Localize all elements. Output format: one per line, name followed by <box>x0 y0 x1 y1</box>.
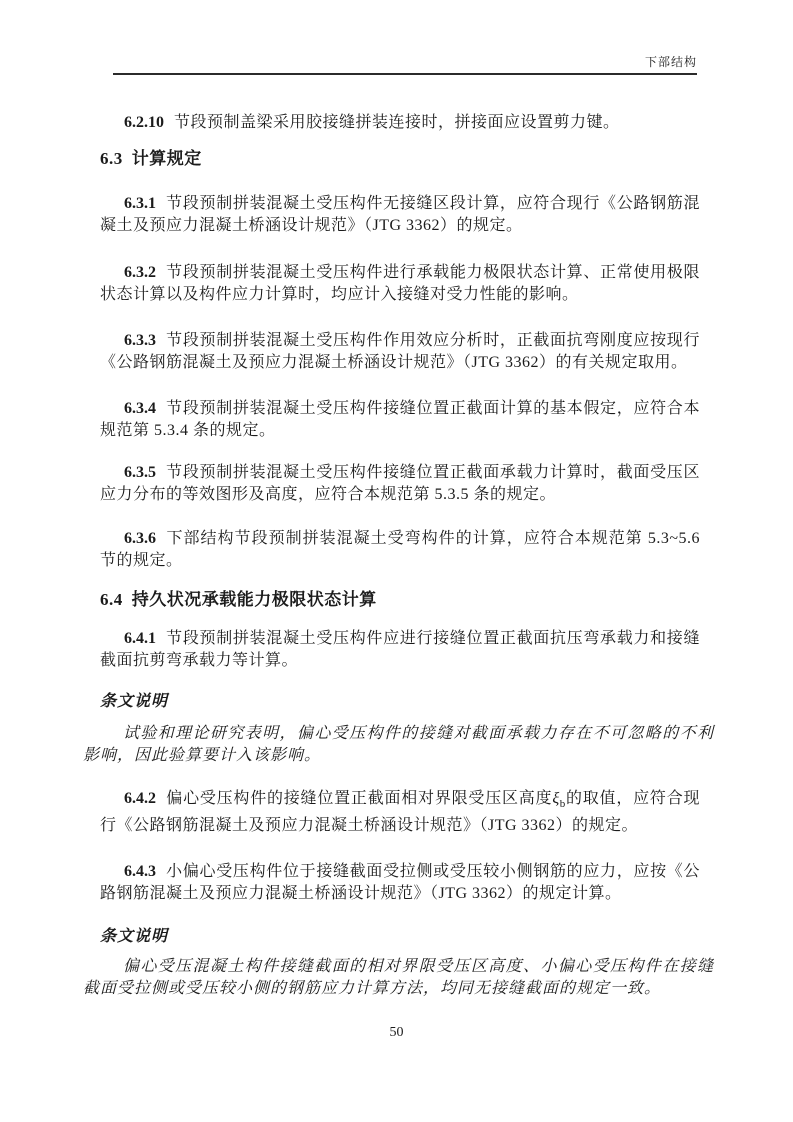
xi-symbol: ξ <box>552 790 559 807</box>
section-6-3-number: 6.3 <box>100 149 123 168</box>
clause-6-4-2-number: 6.4.2 <box>124 790 156 807</box>
clause-6-3-4-text: 节段预制拼装混凝土受压构件接缝位置正截面计算的基本假定，应符合本规范第 5.3.… <box>100 400 700 439</box>
commentary-text-1: 试验和理论研究表明，偏心受压构件的接缝对截面承载力存在不可忽略的不利影响，因此验… <box>83 723 714 767</box>
clause-6-4-1-number: 6.4.1 <box>124 630 156 647</box>
clause-6-4-3: 6.4.3小偏心受压构件位于接缝截面受拉侧或受压较小侧钢筋的应力，应按《公路钢筋… <box>100 861 700 905</box>
document-page: 下部结构 6.2.10节段预制盖梁采用胶接缝拼装连接时，拼接面应设置剪力键。 6… <box>0 0 793 1122</box>
clause-6-3-5-number: 6.3.5 <box>124 464 156 481</box>
clause-6-3-2-text: 节段预制拼装混凝土受压构件进行承载能力极限状态计算、正常使用极限状态计算以及构件… <box>100 264 700 303</box>
section-6-4-number: 6.4 <box>100 590 123 609</box>
clause-6-3-2: 6.3.2节段预制拼装混凝土受压构件进行承载能力极限状态计算、正常使用极限状态计… <box>100 262 700 306</box>
section-heading-6-4: 6.4持久状况承载能力极限状态计算 <box>100 588 700 612</box>
clause-6-4-3-number: 6.4.3 <box>124 863 156 880</box>
clause-6-3-3: 6.3.3节段预制拼装混凝土受压构件作用效应分析时，正截面抗弯刚度应按现行《公路… <box>100 330 700 374</box>
clause-6-3-6-text: 下部结构节段预制拼装混凝土受弯构件的计算，应符合本规范第 5.3~5.6 节的规… <box>100 530 700 569</box>
clause-6-3-4-number: 6.3.4 <box>124 400 156 417</box>
commentary-label-2: 条文说明 <box>100 926 700 948</box>
section-heading-6-3: 6.3计算规定 <box>100 147 700 171</box>
clause-6-3-3-text: 节段预制拼装混凝土受压构件作用效应分析时，正截面抗弯刚度应按现行《公路钢筋混凝土… <box>100 332 700 371</box>
page-content: 6.2.10节段预制盖梁采用胶接缝拼装连接时，拼接面应设置剪力键。 6.3计算规… <box>100 0 700 1000</box>
commentary-text-2: 偏心受压混凝土构件接缝截面的相对界限受压区高度、小偏心受压构件在接缝截面受拉侧或… <box>83 956 714 1000</box>
clause-6-4-1: 6.4.1节段预制拼装混凝土受压构件应进行接缝位置正截面抗压弯承载力和接缝截面抗… <box>100 628 700 672</box>
clause-6-4-2: 6.4.2偏心受压构件的接缝位置正截面相对界限受压区高度ξb的取值，应符合现行《… <box>100 788 700 837</box>
clause-6-3-1: 6.3.1节段预制拼装混凝土受压构件无接缝区段计算，应符合现行《公路钢筋混凝土及… <box>100 193 700 237</box>
clause-6-2-10-number: 6.2.10 <box>124 114 164 131</box>
clause-6-3-5: 6.3.5节段预制拼装混凝土受压构件接缝位置正截面承载力计算时，截面受压区应力分… <box>100 462 700 506</box>
clause-6-2-10-text: 节段预制盖梁采用胶接缝拼装连接时，拼接面应设置剪力键。 <box>174 114 620 131</box>
clause-6-3-6-number: 6.3.6 <box>124 530 156 547</box>
clause-6-3-1-text: 节段预制拼装混凝土受压构件无接缝区段计算，应符合现行《公路钢筋混凝土及预应力混凝… <box>100 195 700 234</box>
clause-6-3-5-text: 节段预制拼装混凝土受压构件接缝位置正截面承载力计算时，截面受压区应力分布的等效图… <box>100 464 700 503</box>
clause-6-3-3-number: 6.3.3 <box>124 332 156 349</box>
page-number: 50 <box>0 1025 793 1041</box>
section-6-3-title: 计算规定 <box>132 149 202 168</box>
section-6-4-title: 持久状况承载能力极限状态计算 <box>132 590 377 609</box>
clause-6-2-10: 6.2.10节段预制盖梁采用胶接缝拼装连接时，拼接面应设置剪力键。 <box>100 112 700 134</box>
commentary-label-1: 条文说明 <box>100 691 700 713</box>
clause-6-3-4: 6.3.4节段预制拼装混凝土受压构件接缝位置正截面计算的基本假定，应符合本规范第… <box>100 398 700 442</box>
clause-6-4-3-text: 小偏心受压构件位于接缝截面受拉侧或受压较小侧钢筋的应力，应按《公路钢筋混凝土及预… <box>100 863 700 902</box>
clause-6-3-2-number: 6.3.2 <box>124 264 156 281</box>
clause-6-4-2-text-pre: 偏心受压构件的接缝位置正截面相对界限受压区高度 <box>166 790 552 807</box>
clause-6-3-1-number: 6.3.1 <box>124 195 156 212</box>
clause-6-3-6: 6.3.6下部结构节段预制拼装混凝土受弯构件的计算，应符合本规范第 5.3~5.… <box>100 528 700 572</box>
clause-6-4-1-text: 节段预制拼装混凝土受压构件应进行接缝位置正截面抗压弯承载力和接缝截面抗剪弯承载力… <box>100 630 700 669</box>
